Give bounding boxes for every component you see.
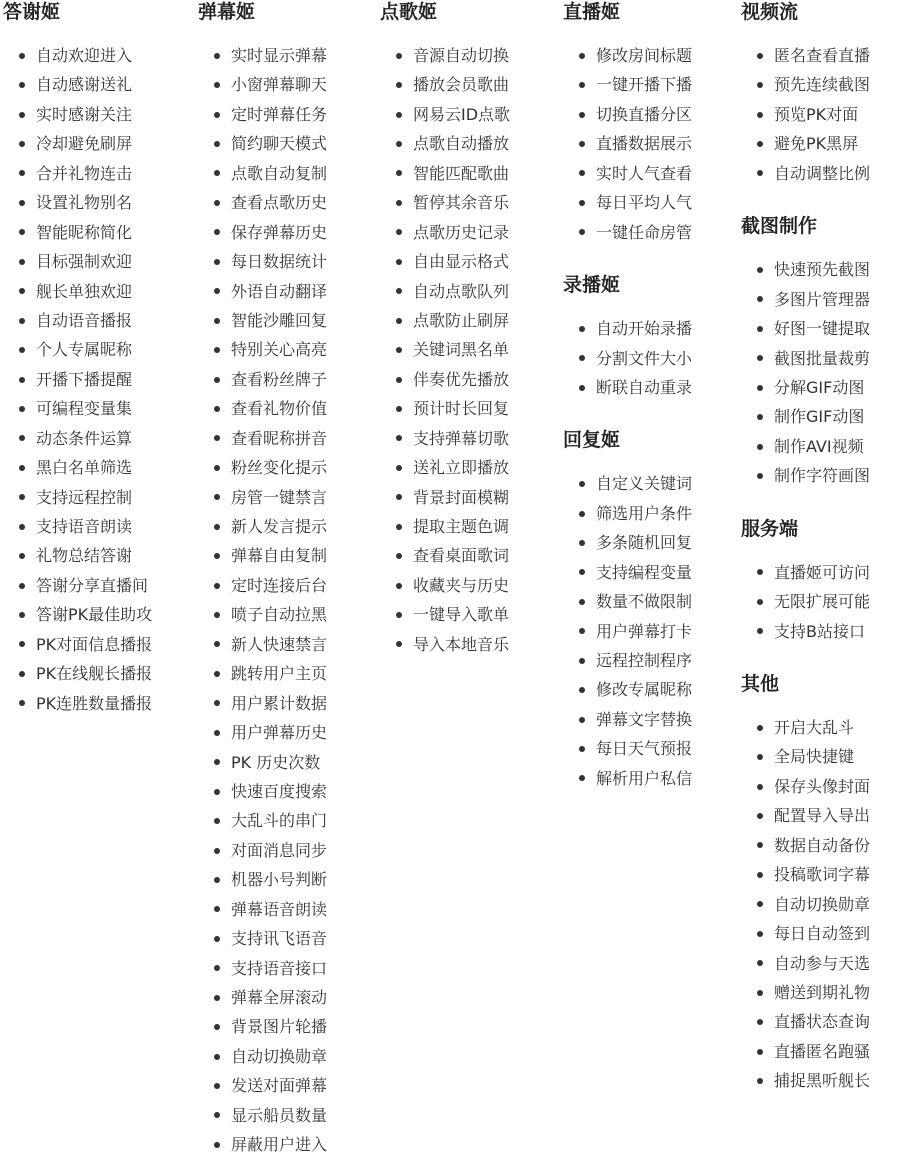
feature-section: 回复姬自定义关键词筛选用户条件多条随机回复支持编程变量数量不做限制用户弹幕打卡远… xyxy=(563,428,692,793)
feature-label: 实时显示弹幕 xyxy=(231,46,327,65)
feature-list: 实时显示弹幕小窗弹幕聊天定时弹幕任务简约聊天模式点歌自动复制查看点歌历史保存弹幕… xyxy=(198,41,327,1159)
feature-list-item: 答谢PK最佳助攻 xyxy=(3,600,152,629)
feature-label: 机器小号判断 xyxy=(231,870,327,889)
bullet-dot-icon xyxy=(19,170,25,176)
feature-list-item: 保存头像封面 xyxy=(741,772,870,801)
feature-list-item: 舰长单独欢迎 xyxy=(3,277,152,306)
feature-list-item: 修改房间标题 xyxy=(563,41,692,70)
feature-label: 捕捉黑听舰长 xyxy=(774,1071,870,1090)
bullet-dot-icon xyxy=(214,730,220,736)
feature-label: 支持语音接口 xyxy=(231,959,327,978)
feature-label: 一键开播下播 xyxy=(596,75,692,94)
feature-list-item: 答谢分享直播间 xyxy=(3,571,152,600)
feature-list-item: 弹幕文字替换 xyxy=(563,705,692,734)
feature-label: 外语自动翻译 xyxy=(231,282,327,301)
section-title: 录播姬 xyxy=(563,273,692,297)
feature-label: 制作字符画图 xyxy=(774,466,870,485)
bullet-dot-icon xyxy=(757,784,763,790)
bullet-dot-icon xyxy=(214,82,220,88)
feature-list-item: 个人专属昵称 xyxy=(3,335,152,364)
bullet-dot-icon xyxy=(757,725,763,731)
bullet-dot-icon xyxy=(396,318,402,324)
feature-list-item: 自动切换勋章 xyxy=(198,1042,327,1071)
feature-list-item: 点歌自动播放 xyxy=(380,129,510,158)
feature-list-item: 设置礼物别名 xyxy=(3,188,152,217)
bullet-dot-icon xyxy=(579,112,585,118)
bullet-dot-icon xyxy=(757,53,763,59)
feature-label: 自动开始录播 xyxy=(596,319,692,338)
bullet-dot-icon xyxy=(19,53,25,59)
feature-label: 实时人气查看 xyxy=(596,164,692,183)
section-title: 答谢姬 xyxy=(3,0,152,24)
feature-list-item: 定时连接后台 xyxy=(198,571,327,600)
feature-list-item: 每日自动签到 xyxy=(741,919,870,948)
feature-list-item: 保存弹幕历史 xyxy=(198,218,327,247)
bullet-dot-icon xyxy=(579,326,585,332)
bullet-dot-icon xyxy=(19,494,25,500)
feature-label: 点歌自动播放 xyxy=(413,134,509,153)
bullet-dot-icon xyxy=(19,288,25,294)
bullet-dot-icon xyxy=(214,965,220,971)
bullet-dot-icon xyxy=(579,355,585,361)
feature-list-item: 播放会员歌曲 xyxy=(380,70,510,99)
feature-label: 背景封面模糊 xyxy=(413,488,509,507)
bullet-dot-icon xyxy=(19,553,25,559)
column-song-request: 点歌姬音源自动切换播放会员歌曲网易云ID点歌点歌自动播放智能匹配歌曲暂停其余音乐… xyxy=(380,0,510,659)
bullet-dot-icon xyxy=(214,200,220,206)
feature-label: PK在线舰长播报 xyxy=(36,664,152,683)
feature-label: 自动点歌队列 xyxy=(413,282,509,301)
feature-list-item: 数据自动备份 xyxy=(741,831,870,860)
bullet-dot-icon xyxy=(757,813,763,819)
feature-label: 一键任命房管 xyxy=(596,223,692,242)
bullet-dot-icon xyxy=(214,406,220,412)
feature-list-item: 远程控制程序 xyxy=(563,646,692,675)
bullet-dot-icon xyxy=(579,53,585,59)
feature-list-item: 自动开始录播 xyxy=(563,314,692,343)
feature-list-item: 智能沙雕回复 xyxy=(198,306,327,335)
feature-list-item: 直播姬可访问 xyxy=(741,558,870,587)
feature-label: 点歌历史记录 xyxy=(413,223,509,242)
feature-list-item: 实时显示弹幕 xyxy=(198,41,327,70)
feature-list-item: 点歌历史记录 xyxy=(380,218,510,247)
feature-label: 音源自动切换 xyxy=(413,46,509,65)
feature-label: 支持语音朗读 xyxy=(36,517,132,536)
bullet-dot-icon xyxy=(757,872,763,878)
feature-label: 用户累计数据 xyxy=(231,694,327,713)
feature-list-item: 大乱斗的串门 xyxy=(198,806,327,835)
feature-list-item: 实时人气查看 xyxy=(563,159,692,188)
feature-label: 定时连接后台 xyxy=(231,576,327,595)
feature-list-item: 预计时长回复 xyxy=(380,394,510,423)
bullet-dot-icon xyxy=(396,141,402,147)
feature-label: 屏蔽用户进入 xyxy=(231,1135,327,1154)
bullet-dot-icon xyxy=(19,583,25,589)
bullet-dot-icon xyxy=(579,746,585,752)
feature-label: PK连胜数量播报 xyxy=(36,694,152,713)
bullet-dot-icon xyxy=(214,1054,220,1060)
bullet-dot-icon xyxy=(579,599,585,605)
feature-list-item: 弹幕全屏滚动 xyxy=(198,983,327,1012)
feature-label: 答谢分享直播间 xyxy=(36,576,148,595)
bullet-dot-icon xyxy=(579,511,585,517)
bullet-dot-icon xyxy=(19,259,25,265)
feature-label: 粉丝变化提示 xyxy=(231,458,327,477)
section-title: 点歌姬 xyxy=(380,0,510,24)
feature-list-item: 直播状态查询 xyxy=(741,1007,870,1036)
feature-list-item: 自动欢迎进入 xyxy=(3,41,152,70)
bullet-dot-icon xyxy=(214,112,220,118)
feature-label: 筛选用户条件 xyxy=(596,504,692,523)
feature-list-item: 屏蔽用户进入 xyxy=(198,1130,327,1159)
bullet-dot-icon xyxy=(19,612,25,618)
bullet-dot-icon xyxy=(19,112,25,118)
bullet-dot-icon xyxy=(214,494,220,500)
feature-label: 弹幕自由复制 xyxy=(231,546,327,565)
bullet-dot-icon xyxy=(579,229,585,235)
feature-section: 截图制作快速预先截图多图片管理器好图一键提取截图批量裁剪分解GIF动图制作GIF… xyxy=(741,214,870,491)
bullet-dot-icon xyxy=(214,877,220,883)
feature-label: 喷子自动拉黑 xyxy=(231,605,327,624)
bullet-dot-icon xyxy=(757,296,763,302)
feature-list-item: 支持弹幕切歌 xyxy=(380,424,510,453)
bullet-dot-icon xyxy=(757,901,763,907)
feature-list-item: 冷却避免刷屏 xyxy=(3,129,152,158)
feature-label: 预先连续截图 xyxy=(774,75,870,94)
bullet-dot-icon xyxy=(214,818,220,824)
bullet-dot-icon xyxy=(396,406,402,412)
bullet-dot-icon xyxy=(19,318,25,324)
bullet-dot-icon xyxy=(19,406,25,412)
feature-list-item: 自动语音播报 xyxy=(3,306,152,335)
feature-label: 智能沙雕回复 xyxy=(231,311,327,330)
feature-list-item: 支持语音朗读 xyxy=(3,512,152,541)
feature-label: 显示船员数量 xyxy=(231,1106,327,1125)
feature-list-item: 预览PK对面 xyxy=(741,100,870,129)
bullet-dot-icon xyxy=(19,141,25,147)
feature-list-item: 支持B站接口 xyxy=(741,617,870,646)
bullet-dot-icon xyxy=(19,200,25,206)
feature-list-item: 动态条件运算 xyxy=(3,424,152,453)
bullet-dot-icon xyxy=(757,990,763,996)
feature-label: 自动欢迎进入 xyxy=(36,46,132,65)
feature-label: 自动调整比例 xyxy=(774,164,870,183)
feature-label: 简约聊天模式 xyxy=(231,134,327,153)
bullet-dot-icon xyxy=(19,641,25,647)
bullet-dot-icon xyxy=(757,267,763,273)
feature-label: 提取主题色调 xyxy=(413,517,509,536)
feature-list-item: 特别关心高亮 xyxy=(198,335,327,364)
feature-list-item: 制作字符画图 xyxy=(741,461,870,490)
feature-list-item: 投稿歌词字幕 xyxy=(741,860,870,889)
feature-label: 房管一键禁言 xyxy=(231,488,327,507)
feature-list-item: 智能匹配歌曲 xyxy=(380,159,510,188)
feature-list-item: 喷子自动拉黑 xyxy=(198,600,327,629)
feature-label: 对面消息同步 xyxy=(231,841,327,860)
bullet-dot-icon xyxy=(214,612,220,618)
bullet-dot-icon xyxy=(396,494,402,500)
feature-list-item: 筛选用户条件 xyxy=(563,499,692,528)
feature-label: 暂停其余音乐 xyxy=(413,193,509,212)
feature-label: 自由显示格式 xyxy=(413,252,509,271)
bullet-dot-icon xyxy=(214,1142,220,1148)
feature-list: 修改房间标题一键开播下播切换直播分区直播数据展示实时人气查看每日平均人气一键任命… xyxy=(563,41,692,247)
section-title: 服务端 xyxy=(741,517,870,541)
column-danmaku: 弹幕姬实时显示弹幕小窗弹幕聊天定时弹幕任务简约聊天模式点歌自动复制查看点歌历史保… xyxy=(198,0,327,1159)
feature-list: 自动开始录播分割文件大小断联自动重录 xyxy=(563,314,692,402)
bullet-dot-icon xyxy=(19,524,25,530)
bullet-dot-icon xyxy=(19,347,25,353)
feature-list-item: 快速预先截图 xyxy=(741,255,870,284)
feature-list-item: 无限扩展可能 xyxy=(741,587,870,616)
feature-list-item: 解析用户私信 xyxy=(563,764,692,793)
bullet-dot-icon xyxy=(396,583,402,589)
feature-label: 用户弹幕历史 xyxy=(231,723,327,742)
feature-list-item: 断联自动重录 xyxy=(563,373,692,402)
feature-list-item: 合并礼物连击 xyxy=(3,159,152,188)
feature-label: 网易云ID点歌 xyxy=(413,105,510,124)
section-title: 回复姬 xyxy=(563,428,692,452)
bullet-dot-icon xyxy=(757,82,763,88)
feature-label: 支持远程控制 xyxy=(36,488,132,507)
bullet-dot-icon xyxy=(757,326,763,332)
bullet-dot-icon xyxy=(19,82,25,88)
bullet-dot-icon xyxy=(579,141,585,147)
feature-label: 个人专属昵称 xyxy=(36,340,132,359)
feature-label: 弹幕全屏滚动 xyxy=(231,988,327,1007)
feature-label: 自动感谢送礼 xyxy=(36,75,132,94)
bullet-dot-icon xyxy=(214,906,220,912)
feature-label: 修改房间标题 xyxy=(596,46,692,65)
feature-label: 截图批量裁剪 xyxy=(774,349,870,368)
feature-label: 直播匿名跑骚 xyxy=(774,1042,870,1061)
feature-section: 其他开启大乱斗全局快捷键保存头像封面配置导入导出数据自动备份投稿歌词字幕自动切换… xyxy=(741,672,870,1096)
bullet-dot-icon xyxy=(757,754,763,760)
feature-list-item: 导入本地音乐 xyxy=(380,630,510,659)
bullet-dot-icon xyxy=(396,612,402,618)
feature-label: 快速百度搜索 xyxy=(231,782,327,801)
feature-list-item: 音源自动切换 xyxy=(380,41,510,70)
bullet-dot-icon xyxy=(579,82,585,88)
feature-list: 自定义关键词筛选用户条件多条随机回复支持编程变量数量不做限制用户弹幕打卡远程控制… xyxy=(563,469,692,793)
feature-list-item: 开启大乱斗 xyxy=(741,713,870,742)
bullet-dot-icon xyxy=(214,377,220,383)
bullet-dot-icon xyxy=(396,53,402,59)
feature-list-item: 多条随机回复 xyxy=(563,528,692,557)
feature-list-item: 可编程变量集 xyxy=(3,394,152,423)
feature-list-item: 支持讯飞语音 xyxy=(198,924,327,953)
feature-list-item: 新人发言提示 xyxy=(198,512,327,541)
feature-list-item: 网易云ID点歌 xyxy=(380,100,510,129)
feature-label: 解析用户私信 xyxy=(596,769,692,788)
bullet-dot-icon xyxy=(214,995,220,1001)
feature-label: 弹幕文字替换 xyxy=(596,710,692,729)
feature-list: 快速预先截图多图片管理器好图一键提取截图批量裁剪分解GIF动图制作GIF动图制作… xyxy=(741,255,870,491)
feature-list-item: 用户弹幕历史 xyxy=(198,718,327,747)
bullet-dot-icon xyxy=(396,259,402,265)
feature-list-item: 制作GIF动图 xyxy=(741,402,870,431)
bullet-dot-icon xyxy=(757,1049,763,1055)
feature-list-item: 外语自动翻译 xyxy=(198,277,327,306)
bullet-dot-icon xyxy=(214,465,220,471)
bullet-dot-icon xyxy=(757,141,763,147)
feature-list-item: 背景图片轮播 xyxy=(198,1012,327,1041)
feature-list-item: 自动感谢送礼 xyxy=(3,70,152,99)
feature-list-item: 用户弹幕打卡 xyxy=(563,617,692,646)
bullet-dot-icon xyxy=(757,931,763,937)
section-title: 弹幕姬 xyxy=(198,0,327,24)
feature-label: 每日天气预报 xyxy=(596,739,692,758)
bullet-dot-icon xyxy=(579,540,585,546)
bullet-dot-icon xyxy=(757,628,763,634)
feature-label: 投稿歌词字幕 xyxy=(774,865,870,884)
bullet-dot-icon xyxy=(757,473,763,479)
feature-list-item: 查看点歌历史 xyxy=(198,188,327,217)
bullet-dot-icon xyxy=(757,444,763,450)
feature-list-item: 匿名查看直播 xyxy=(741,41,870,70)
feature-label: 定时弹幕任务 xyxy=(231,105,327,124)
feature-label: 查看粉丝牌子 xyxy=(231,370,327,389)
bullet-dot-icon xyxy=(19,229,25,235)
feature-list-item: 查看粉丝牌子 xyxy=(198,365,327,394)
feature-list-item: 开播下播提醒 xyxy=(3,365,152,394)
feature-list-item: 每日天气预报 xyxy=(563,734,692,763)
bullet-dot-icon xyxy=(214,288,220,294)
bullet-dot-icon xyxy=(19,465,25,471)
feature-label: 数量不做限制 xyxy=(596,592,692,611)
bullet-dot-icon xyxy=(214,553,220,559)
feature-list-item: 小窗弹幕聊天 xyxy=(198,70,327,99)
feature-list-item: 暂停其余音乐 xyxy=(380,188,510,217)
feature-label: 查看桌面歌词 xyxy=(413,546,509,565)
feature-list-item: 好图一键提取 xyxy=(741,314,870,343)
bullet-dot-icon xyxy=(396,82,402,88)
feature-label: 播放会员歌曲 xyxy=(413,75,509,94)
feature-label: 支持B站接口 xyxy=(774,622,865,641)
feature-label: 保存弹幕历史 xyxy=(231,223,327,242)
bullet-dot-icon xyxy=(757,1078,763,1084)
feature-label: 点歌防止刷屏 xyxy=(413,311,509,330)
feature-label: 支持编程变量 xyxy=(596,563,692,582)
feature-label: 赠送到期礼物 xyxy=(774,983,870,1002)
bullet-dot-icon xyxy=(214,848,220,854)
feature-list-item: 支持语音接口 xyxy=(198,954,327,983)
feature-section: 点歌姬音源自动切换播放会员歌曲网易云ID点歌点歌自动播放智能匹配歌曲暂停其余音乐… xyxy=(380,0,510,659)
bullet-dot-icon xyxy=(396,377,402,383)
feature-list-item: 赠送到期礼物 xyxy=(741,978,870,1007)
bullet-dot-icon xyxy=(19,671,25,677)
feature-list-item: 实时感谢关注 xyxy=(3,100,152,129)
bullet-dot-icon xyxy=(396,229,402,235)
feature-list-item: 切换直播分区 xyxy=(563,100,692,129)
feature-list-item: 背景封面模糊 xyxy=(380,483,510,512)
bullet-dot-icon xyxy=(214,1024,220,1030)
feature-list-item: 弹幕语音朗读 xyxy=(198,895,327,924)
feature-label: 可编程变量集 xyxy=(36,399,132,418)
feature-label: 全局快捷键 xyxy=(774,747,854,766)
bullet-dot-icon xyxy=(214,1083,220,1089)
feature-label: 一键导入歌单 xyxy=(413,605,509,624)
feature-label: 背景图片轮播 xyxy=(231,1017,327,1036)
feature-list-item: 自动调整比例 xyxy=(741,159,870,188)
bullet-dot-icon xyxy=(757,1019,763,1025)
bullet-dot-icon xyxy=(757,599,763,605)
feature-list-item: 每日数据统计 xyxy=(198,247,327,276)
feature-list-item: 全局快捷键 xyxy=(741,742,870,771)
column-live-record-reply: 直播姬修改房间标题一键开播下播切换直播分区直播数据展示实时人气查看每日平均人气一… xyxy=(563,0,692,793)
feature-list-item: 显示船员数量 xyxy=(198,1101,327,1130)
bullet-dot-icon xyxy=(214,789,220,795)
bullet-dot-icon xyxy=(214,347,220,353)
bullet-dot-icon xyxy=(757,414,763,420)
feature-label: 导入本地音乐 xyxy=(413,635,509,654)
bullet-dot-icon xyxy=(579,481,585,487)
section-title: 截图制作 xyxy=(741,214,870,238)
feature-list-item: 自由显示格式 xyxy=(380,247,510,276)
feature-label: 自动切换勋章 xyxy=(774,895,870,914)
feature-list-item: 礼物总结答谢 xyxy=(3,541,152,570)
feature-label: 修改专属昵称 xyxy=(596,680,692,699)
bullet-dot-icon xyxy=(757,170,763,176)
feature-label: 多条随机回复 xyxy=(596,533,692,552)
feature-label: 避免PK黑屏 xyxy=(774,134,858,153)
feature-list-item: 快速百度搜索 xyxy=(198,777,327,806)
bullet-dot-icon xyxy=(757,112,763,118)
feature-label: 切换直播分区 xyxy=(596,105,692,124)
feature-label: 快速预先截图 xyxy=(774,260,870,279)
feature-label: 大乱斗的串门 xyxy=(231,811,327,830)
feature-list-item: 自动点歌队列 xyxy=(380,277,510,306)
feature-label: 断联自动重录 xyxy=(596,378,692,397)
feature-label: 伴奏优先播放 xyxy=(413,370,509,389)
feature-list-item: PK在线舰长播报 xyxy=(3,659,152,688)
bullet-dot-icon xyxy=(579,775,585,781)
bullet-dot-icon xyxy=(214,583,220,589)
feature-label: 开启大乱斗 xyxy=(774,718,854,737)
feature-list-item: 一键开播下播 xyxy=(563,70,692,99)
feature-list-item: 支持远程控制 xyxy=(3,483,152,512)
feature-label: 合并礼物连击 xyxy=(36,164,132,183)
feature-list-item: 直播匿名跑骚 xyxy=(741,1037,870,1066)
bullet-dot-icon xyxy=(757,355,763,361)
feature-label: 设置礼物别名 xyxy=(36,193,132,212)
feature-label: 舰长单独欢迎 xyxy=(36,282,132,301)
feature-label: 关键词黑名单 xyxy=(413,340,509,359)
feature-list-item: 预先连续截图 xyxy=(741,70,870,99)
bullet-dot-icon xyxy=(214,759,220,765)
feature-label: 查看点歌历史 xyxy=(231,193,327,212)
bullet-dot-icon xyxy=(19,377,25,383)
feature-list-item: 捕捉黑听舰长 xyxy=(741,1066,870,1095)
bullet-dot-icon xyxy=(396,553,402,559)
bullet-dot-icon xyxy=(214,1112,220,1118)
feature-label: 分解GIF动图 xyxy=(774,378,864,397)
bullet-dot-icon xyxy=(396,347,402,353)
feature-list-item: 自定义关键词 xyxy=(563,469,692,498)
bullet-dot-icon xyxy=(396,465,402,471)
feature-list: 直播姬可访问无限扩展可能支持B站接口 xyxy=(741,558,870,646)
feature-list-item: PK连胜数量播报 xyxy=(3,689,152,718)
feature-list-item: 支持编程变量 xyxy=(563,558,692,587)
feature-list-item: 每日平均人气 xyxy=(563,188,692,217)
bullet-dot-icon xyxy=(757,960,763,966)
feature-list-item: 一键任命房管 xyxy=(563,218,692,247)
feature-label: 智能匹配歌曲 xyxy=(413,164,509,183)
bullet-dot-icon xyxy=(396,112,402,118)
feature-list-item: 提取主题色调 xyxy=(380,512,510,541)
bullet-dot-icon xyxy=(579,170,585,176)
feature-list-item: 多图片管理器 xyxy=(741,285,870,314)
